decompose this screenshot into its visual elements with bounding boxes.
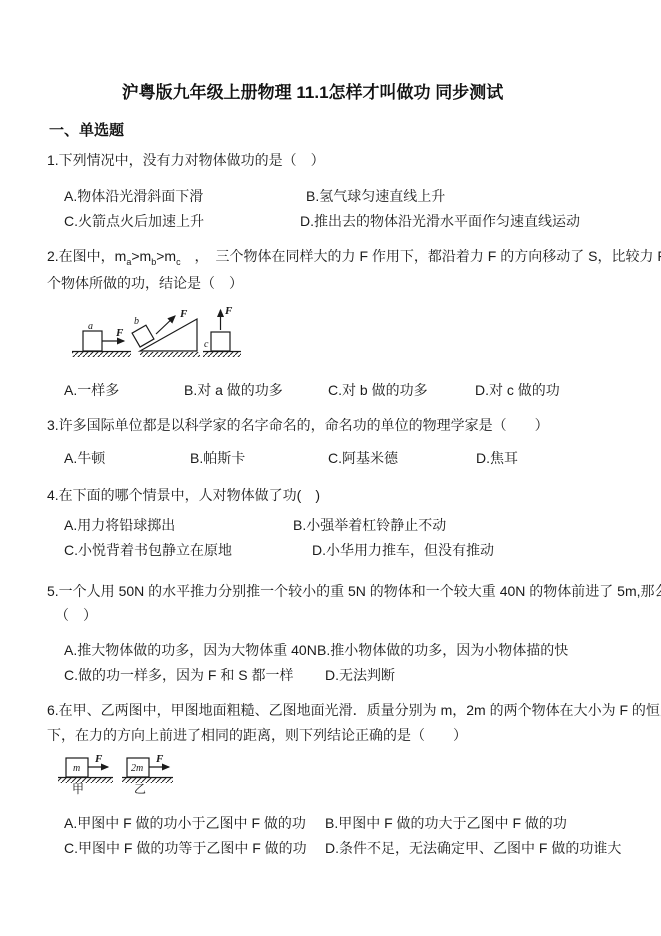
figure-yi: 2m F 乙 [122, 753, 173, 796]
question-3-stem: 3.许多国际单位都是以科学家的名字命名的，命名功的单位的物理学家是（ ） [47, 417, 549, 434]
q2-option-a: A.一样多 [64, 382, 119, 399]
force-arrow-b [156, 316, 175, 334]
question-5-stem-line1: 5.一个人用 50N 的水平推力分别推一个较小的重 5N 的物体和一个较大重 4… [47, 583, 661, 600]
question-4-stem: 4.在下面的哪个情景中，人对物体做了功( ) [47, 487, 320, 504]
q5-option-b: B.推小物体做的功多，因为小物体描的快 [317, 642, 568, 659]
block-a [83, 331, 102, 351]
block-c-label: c [204, 339, 209, 350]
block-b [132, 325, 154, 347]
q4-option-b: B.小强举着杠铃静止不动 [293, 517, 446, 534]
q3-option-c: C.阿基米德 [328, 450, 398, 467]
ground-hatch-c [203, 352, 241, 357]
q1-option-a: A.物体沿光滑斜面下滑 [64, 188, 203, 205]
q1-option-b: B.氢气球匀速直线上升 [306, 188, 445, 205]
figure-jia: m F 甲 [58, 753, 113, 796]
block-b-label: b [134, 316, 139, 327]
q6-option-c: C.甲图中 F 做的功等于乙图中 F 做的功 [64, 840, 307, 857]
block-2m-label: 2m [131, 763, 143, 774]
q2-option-c: C.对 b 做的功多 [328, 382, 428, 399]
question-1-stem: 1.下列情况中，没有力对物体做功的是（ ） [47, 152, 325, 169]
figure-b: b F [132, 308, 200, 357]
force-label-b: F [179, 308, 188, 320]
q6-option-a: A.甲图中 F 做的功小于乙图中 F 做的功 [64, 815, 306, 832]
q1-option-c: C.火箭点火后加速上升 [64, 213, 204, 230]
q2-option-d: D.对 c 做的功 [475, 382, 560, 399]
page-title: 沪粤版九年级上册物理 11.1怎样才叫做功 同步测试 [0, 78, 625, 103]
question-6-diagram: m F 甲 2m F 乙 [57, 752, 177, 798]
force-label-yi: F [155, 753, 164, 765]
q6-option-b: B.甲图中 F 做的功大于乙图中 F 做的功 [325, 815, 567, 832]
question-2-stem-line1: 2.在图中，ma>mb>mc ， 三个物体在同样大的力 F 作用下，都沿着力 F… [47, 248, 661, 265]
ground-hatch-b [140, 352, 200, 357]
q5-option-a: A.推大物体做的功多，因为大物体重 40N [64, 642, 317, 659]
force-label-c: F [224, 305, 233, 317]
q5-option-d: D.无法判断 [325, 667, 395, 684]
force-label-a: F [115, 327, 124, 339]
caption-jia: 甲 [72, 782, 84, 796]
block-a-label: a [88, 321, 93, 332]
question-2-diagram: a F b F c F [60, 300, 250, 362]
q4-option-a: A.用力将铅球掷出 [64, 517, 175, 534]
block-c [211, 332, 230, 351]
q6-option-d: D.条件不足，无法确定甲、乙图中 F 做的功谁大 [325, 840, 621, 857]
section-heading: 一、单选题 [49, 119, 124, 140]
question-2-stem-line2: 个物体所做的功，结论是（ ） [47, 275, 243, 292]
figure-c: c F [203, 305, 241, 357]
q4-option-c: C.小悦背着书包静立在原地 [64, 542, 232, 559]
question-6-stem-line1: 6.在甲、乙两图中，甲图地面粗糙、乙图地面光滑．质量分别为 m，2m 的两个物体… [47, 702, 661, 719]
q3-option-d: D.焦耳 [476, 450, 518, 467]
q5-option-c: C.做的功一样多，因为 F 和 S 都一样 [64, 667, 293, 684]
q3-option-b: B.帕斯卡 [190, 450, 245, 467]
figure-a: a F [72, 321, 131, 357]
ground-hatch-jia [58, 778, 113, 783]
q1-option-d: D.推出去的物体沿光滑水平面作匀速直线运动 [300, 213, 580, 230]
q4-option-d: D.小华用力推车，但没有推动 [312, 542, 494, 559]
block-m-label: m [73, 763, 80, 774]
question-5-stem-line2: （ ） [55, 607, 97, 624]
q3-option-a: A.牛顿 [64, 450, 105, 467]
worksheet-page: 沪粤版九年级上册物理 11.1怎样才叫做功 同步测试 一、单选题 1.下列情况中… [0, 0, 661, 936]
ground-hatch-a [72, 352, 131, 357]
question-6-stem-line2: 下，在力的方向上前进了相同的距离，则下列结论正确的是（ ） [47, 727, 467, 744]
force-label-jia: F [94, 753, 103, 765]
ground-hatch-yi [122, 778, 173, 783]
caption-yi: 乙 [134, 782, 146, 796]
q2-option-b: B.对 a 做的功多 [184, 382, 283, 399]
